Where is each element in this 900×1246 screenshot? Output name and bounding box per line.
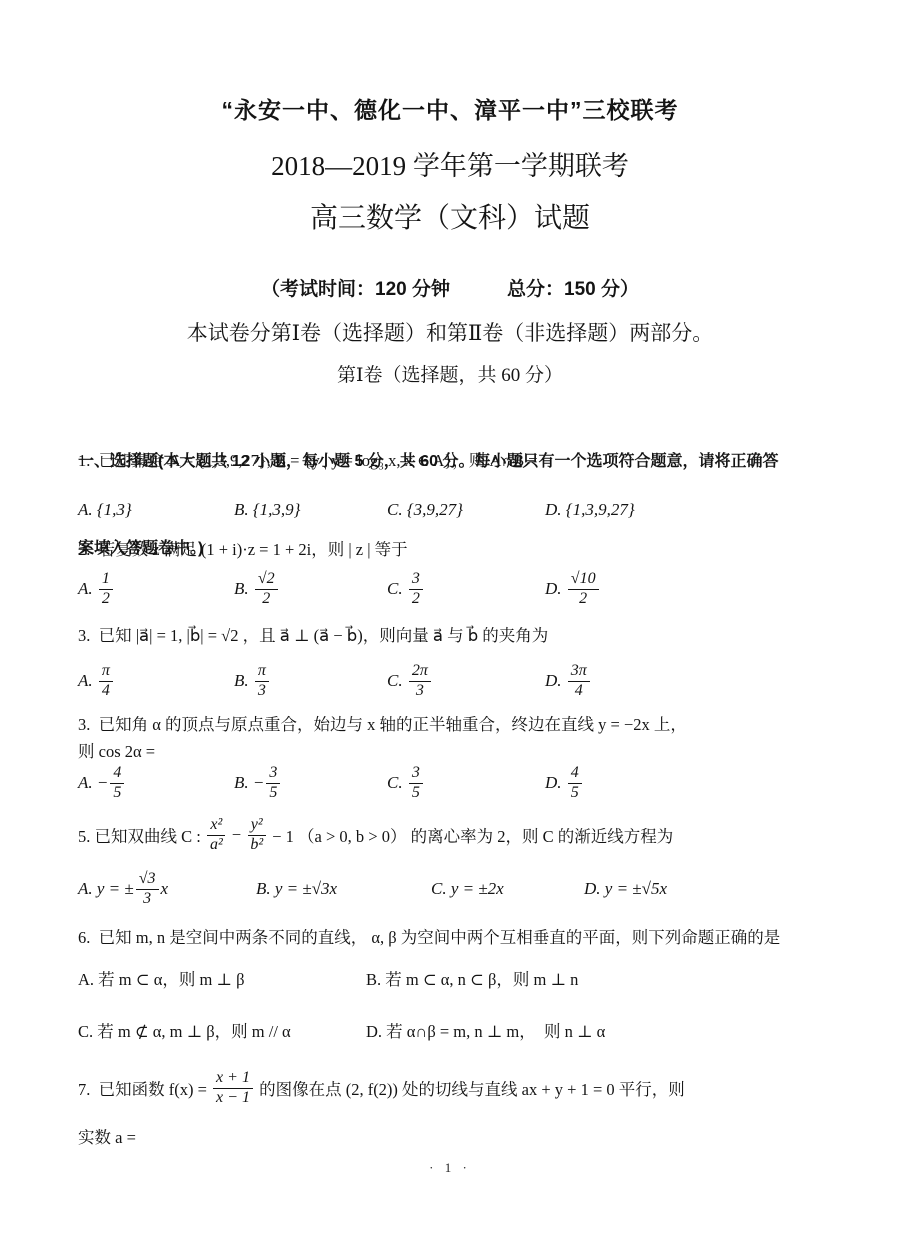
question-3-angle-stem-line1: 3. 已知角 α 的顶点与原点重合，始边与 x 轴的正半轴重合，终边在直线 y … (78, 711, 864, 735)
exam-title-term: 2018—2019 学年第一学期联考 (0, 144, 900, 183)
denominator: 2 (409, 590, 423, 609)
option-label: B. (234, 579, 253, 599)
fraction: x²a² (207, 816, 226, 855)
option-label: C. (387, 773, 407, 793)
fraction: x + 1x − 1 (213, 1069, 253, 1108)
question-7-stem: 7. 已知函数 f(x) = x + 1x − 1 的图像在点 (2, f(2)… (78, 1060, 864, 1116)
question-5-options: A. y = ± √33 x B. y = ±√3x C. y = ±2x D.… (78, 863, 864, 915)
numerator: √3 (136, 870, 159, 890)
numerator: 3 (409, 764, 423, 784)
exam-title-schools: “永安一中、德化一中、漳平一中”三校联考 (0, 92, 900, 125)
option-label: A. (78, 671, 97, 691)
question-1-options: A. {1,3} B. {1,3,9} C. {3,9,27} D. {1,3,… (78, 500, 864, 520)
option-label: B. (234, 671, 253, 691)
q3b-option-a: A. − 45 (78, 764, 234, 803)
fraction: 45 (568, 764, 582, 803)
numerator: π (99, 662, 113, 682)
q1-option-b: B. {1,3,9} (234, 500, 387, 520)
denominator: 5 (409, 784, 423, 803)
q5-stem-pre: 5. 已知双曲线 C : (78, 823, 205, 847)
option-label: A. (78, 579, 97, 599)
option-label: B. − (234, 773, 264, 793)
q1-option-c: C. {3,9,27} (387, 500, 545, 520)
option-label: D. (545, 671, 566, 691)
option-label: A. − (78, 773, 108, 793)
fraction: π3 (255, 662, 269, 701)
fraction: 2π3 (409, 662, 431, 701)
fraction: √102 (568, 570, 599, 609)
q1-option-d: D. {1,3,9,27} (545, 500, 864, 520)
page-number: · 1 · (0, 1160, 900, 1176)
q2-option-a: A. 12 (78, 570, 234, 609)
option-label: D. (545, 773, 566, 793)
denominator: 3 (255, 682, 269, 701)
denominator: 5 (110, 784, 124, 803)
fraction: 35 (266, 764, 280, 803)
q5-option-d: D. y = ±√5x (584, 879, 864, 899)
denominator: 2 (259, 590, 273, 609)
option-label: D. (545, 579, 566, 599)
fraction: π4 (99, 662, 113, 701)
numerator: 4 (568, 764, 582, 784)
denominator: x − 1 (213, 1089, 253, 1108)
q3b-option-d: D. 45 (545, 764, 864, 803)
question-6-stem: 6. 已知 m, n 是空间中两条不同的直线， α, β 为空间中两个互相垂直的… (78, 924, 864, 948)
q5-stem-mid: − (228, 825, 246, 845)
denominator: 2 (99, 590, 113, 609)
denominator: 4 (99, 682, 113, 701)
q3-option-b: B. π3 (234, 662, 387, 701)
q3-option-a: A. π4 (78, 662, 234, 701)
question-2-stem: 2. 若复数 z 满足 (1 + i)·z = 1 + 2i，则 | z | 等… (78, 536, 864, 560)
question-3-vector-stem: 3. 已知 |a⃗| = 1, |b⃗| = √2 ，且 a⃗ ⊥ (a⃗ − … (78, 622, 864, 646)
q6-option-a: A. 若 m ⊂ α，则 m ⊥ β (78, 966, 366, 990)
numerator: 3 (409, 570, 423, 590)
question-6-options-row1: A. 若 m ⊂ α，则 m ⊥ β B. 若 m ⊂ α, n ⊂ β，则 m… (78, 966, 864, 990)
fraction: 3π4 (568, 662, 590, 701)
numerator: x + 1 (213, 1069, 253, 1089)
q3b-option-c: C. 35 (387, 764, 545, 803)
q3b-option-b: B. − 35 (234, 764, 387, 803)
denominator: 4 (572, 682, 586, 701)
q7-stem-pre: 7. 已知函数 f(x) = (78, 1076, 211, 1100)
numerator: 1 (99, 570, 113, 590)
denominator: a² (207, 836, 226, 855)
numerator: 2π (409, 662, 431, 682)
denominator: 3 (140, 890, 154, 909)
question-5-stem: 5. 已知双曲线 C : x²a² − y²b² − 1 （a > 0, b >… (78, 809, 864, 861)
q2-option-c: C. 32 (387, 570, 545, 609)
fraction: y²b² (247, 816, 266, 855)
section-1-title: 第Ⅰ卷（选择题，共 60 分） (0, 360, 900, 387)
denominator: 3 (413, 682, 427, 701)
question-3-vector-options: A. π4 B. π3 C. 2π3 D. 3π4 (78, 654, 864, 708)
fraction: 12 (99, 570, 113, 609)
numerator: π (255, 662, 269, 682)
q5-option-b: B. y = ±√3x (256, 879, 431, 899)
denominator: 2 (576, 590, 590, 609)
exam-time-score-info: （考试时间：120 分钟 总分：150 分） (0, 274, 900, 301)
fraction: 35 (409, 764, 423, 803)
numerator: 3π (568, 662, 590, 682)
q3-option-c: C. 2π3 (387, 662, 545, 701)
exam-title-subject: 高三数学（文科）试题 (0, 196, 900, 236)
q6-option-b: B. 若 m ⊂ α, n ⊂ β，则 m ⊥ n (366, 966, 864, 990)
question-6-options-row2: C. 若 m ⊄ α, m ⊥ β，则 m // α D. 若 α∩β = m,… (78, 1018, 864, 1042)
fraction: 45 (110, 764, 124, 803)
numerator: 3 (266, 764, 280, 784)
numerator: √2 (255, 570, 278, 590)
numerator: 4 (110, 764, 124, 784)
denominator: b² (247, 836, 266, 855)
option-suffix: x (161, 879, 169, 899)
numerator: x² (207, 816, 225, 836)
option-label: C. (387, 579, 407, 599)
q2-option-d: D. √102 (545, 570, 864, 609)
question-3-angle-options: A. − 45 B. − 35 C. 35 D. 45 (78, 757, 864, 809)
question-2-options: A. 12 B. √22 C. 32 D. √102 (78, 562, 864, 616)
q6-option-d: D. 若 α∩β = m, n ⊥ m， 则 n ⊥ α (366, 1018, 864, 1042)
fraction: √22 (255, 570, 278, 609)
q5-option-a: A. y = ± √33 x (78, 870, 256, 909)
q3-option-d: D. 3π4 (545, 662, 864, 701)
numerator: √10 (568, 570, 599, 590)
numerator: y² (248, 816, 266, 836)
paper-structure-note: 本试卷分第Ⅰ卷（选择题）和第Ⅱ卷（非选择题）两部分。 (0, 317, 900, 347)
question-1-stem: 1. 已知集合 A = {1,3,9,27}, B = {y | y = log… (78, 447, 864, 471)
question-7-stem-line2: 实数 a = (78, 1124, 864, 1148)
fraction: 32 (409, 570, 423, 609)
q2-option-b: B. √22 (234, 570, 387, 609)
fraction: √33 (136, 870, 159, 909)
option-label: C. (387, 671, 407, 691)
q7-stem-post: 的图像在点 (2, f(2)) 处的切线与直线 ax + y + 1 = 0 平… (255, 1076, 685, 1100)
q5-stem-post: − 1 （a > 0, b > 0） 的离心率为 2，则 C 的渐近线方程为 (268, 823, 673, 847)
denominator: 5 (266, 784, 280, 803)
q5-option-c: C. y = ±2x (431, 879, 584, 899)
q6-option-c: C. 若 m ⊄ α, m ⊥ β，则 m // α (78, 1018, 366, 1042)
option-label: A. y = ± (78, 879, 134, 899)
denominator: 5 (568, 784, 582, 803)
q1-option-a: A. {1,3} (78, 500, 234, 520)
exam-paper-page: “永安一中、德化一中、漳平一中”三校联考 2018—2019 学年第一学期联考 … (0, 0, 900, 1246)
